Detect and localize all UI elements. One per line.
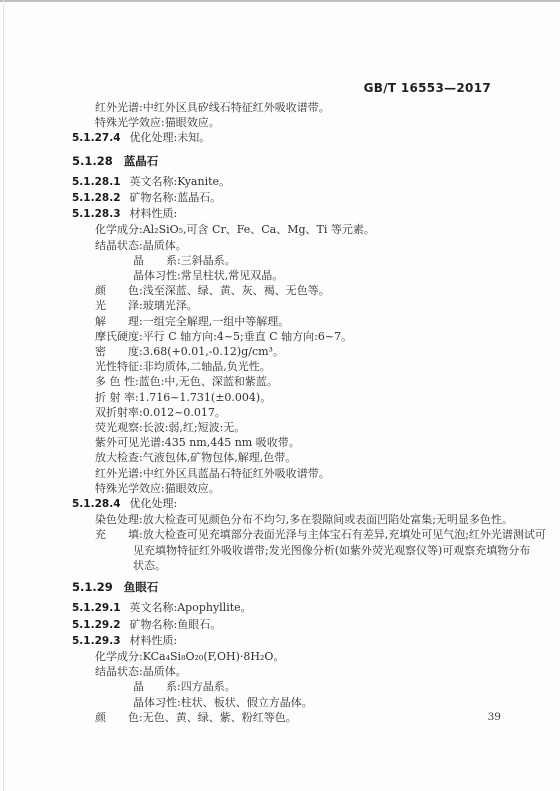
clause-text: 鱼眼石: [124, 580, 159, 594]
document-line: 光 泽:玻璃光泽。: [72, 298, 504, 313]
clause-text: 红外光谱:中红外区具蓝晶石特征红外吸收谱带。: [95, 467, 330, 480]
document-line: 见充填物特征红外吸收谱带;发光图像分析(如紫外荧光观察仪等)可观察充填物分布: [72, 543, 504, 558]
clause-text: 状态。: [133, 559, 166, 572]
document-line: 状态。: [72, 558, 504, 573]
clause-text: 化学成分:Al₂SiO₅,可含 Cr、Fe、Ca、Mg、Ti 等元素。: [95, 223, 375, 236]
clause-text: 充 填:放大检查可见充填部分表面光泽与主体宝石有差异,充填处可见气泡;红外光谱测…: [95, 528, 546, 541]
clause-text: 摩氏硬度:平行 C 轴方向:4~5;垂直 C 轴方向:6~7。: [95, 330, 352, 343]
clause-text: 矿物名称:蓝晶石。: [130, 191, 222, 204]
document-line: 5.1.28.3材料性质:: [72, 206, 504, 222]
document-line: 双折射率:0.012~0.017。: [72, 405, 504, 420]
document-line: 颜 色:浅至深蓝、绿、黄、灰、褐、无色等。: [72, 283, 504, 298]
clause-heading: 5.1.29鱼眼石: [72, 580, 504, 595]
document-line: 化学成分:Al₂SiO₅,可含 Cr、Fe、Ca、Mg、Ti 等元素。: [72, 222, 504, 237]
clause-text: 蓝晶石: [124, 154, 159, 168]
clause-heading: 5.1.28蓝晶石: [72, 154, 504, 169]
document-line: 晶体习性:柱状、板状、假立方晶体。: [72, 695, 504, 710]
clause-number: 5.1.28.4: [72, 498, 121, 510]
clause-text: 荧光观察:长波:弱,红;短波:无。: [95, 421, 245, 434]
document-line: 晶体习性:常呈柱状,常见双晶。: [72, 268, 504, 283]
clause-text: 英文名称:Apophyllite。: [130, 601, 252, 614]
clause-text: 光性特征:非均质体,二轴晶,负光性。: [95, 360, 271, 373]
document-line: 化学成分:KCa₄Si₈O₂₀(F,OH)·8H₂O。: [72, 649, 504, 664]
document-line: 颜 色:无色、黄、绿、紫、粉红等色。: [72, 710, 504, 725]
clause-number: 5.1.28.2: [72, 192, 121, 204]
clause-text: 光 泽:玻璃光泽。: [95, 299, 198, 312]
clause-text: 特殊光学效应:猫眼效应。: [95, 482, 220, 495]
document-line: 摩氏硬度:平行 C 轴方向:4~5;垂直 C 轴方向:6~7。: [72, 329, 504, 344]
clause-text: 红外光谱:中红外区具矽线石特征红外吸收谱带。: [95, 101, 330, 114]
document-line: 光性特征:非均质体,二轴晶,负光性。: [72, 359, 504, 374]
clause-text: 结晶状态:晶质体。: [95, 239, 187, 252]
clause-text: 紫外可见光谱:435 nm,445 nm 吸收带。: [95, 436, 300, 449]
clause-number: 5.1.29: [72, 580, 113, 594]
clause-text: 晶体习性:柱状、板状、假立方晶体。: [133, 696, 313, 709]
document-line: 多 色 性:蓝色:中,无色、深蓝和紫蓝。: [72, 374, 504, 389]
clause-text: 特殊光学效应:猫眼效应。: [95, 116, 220, 129]
clause-number: 5.1.28: [72, 154, 113, 168]
clause-number: 5.1.27.4: [72, 132, 121, 144]
document-line: 紫外可见光谱:435 nm,445 nm 吸收带。: [72, 435, 504, 450]
clause-number: 5.1.29.1: [72, 602, 121, 614]
clause-text: 材料性质:: [130, 634, 178, 647]
clause-number: 5.1.29.2: [72, 619, 121, 631]
clause-number: 5.1.29.3: [72, 635, 121, 647]
document-line: 染色处理:放大检查可见颜色分布不均匀,多在裂隙间或表面凹陷处富集;无明显多色性。: [72, 512, 504, 527]
document-line: 解 理:一组完全解理,一组中等解理。: [72, 314, 504, 329]
clause-text: 密 度:3.68(+0.01,-0.12)g/cm³。: [95, 345, 284, 358]
clause-text: 多 色 性:蓝色:中,无色、深蓝和紫蓝。: [95, 375, 278, 388]
document-line: 荧光观察:长波:弱,红;短波:无。: [72, 420, 504, 435]
scan-edge-top: [0, 0, 560, 2]
clause-text: 化学成分:KCa₄Si₈O₂₀(F,OH)·8H₂O。: [95, 650, 284, 663]
clause-text: 优化处理:: [130, 497, 178, 510]
document-line: 结晶状态:晶质体。: [72, 238, 504, 253]
clause-text: 解 理:一组完全解理,一组中等解理。: [95, 315, 289, 328]
document-line: 红外光谱:中红外区具矽线石特征红外吸收谱带。: [72, 100, 504, 115]
clause-text: 染色处理:放大检查可见颜色分布不均匀,多在裂隙间或表面凹陷处富集;无明显多色性。: [95, 513, 513, 526]
clause-text: 双折射率:0.012~0.017。: [95, 406, 226, 419]
document-line: 密 度:3.68(+0.01,-0.12)g/cm³。: [72, 344, 504, 359]
document-line: 5.1.29.1英文名称:Apophyllite。: [72, 600, 504, 616]
clause-text: 结晶状态:晶质体。: [95, 665, 187, 678]
clause-text: 晶 系:四方晶系。: [133, 680, 236, 693]
document-page: GB/T 16553—2017 红外光谱:中红外区具矽线石特征红外吸收谱带。特殊…: [0, 0, 560, 791]
document-line: 5.1.28.1英文名称:Kyanite。: [72, 174, 504, 190]
clause-text: 颜 色:浅至深蓝、绿、黄、灰、褐、无色等。: [95, 284, 330, 297]
document-line: 红外光谱:中红外区具蓝晶石特征红外吸收谱带。: [72, 466, 504, 481]
document-line: 5.1.29.2矿物名称:鱼眼石。: [72, 617, 504, 633]
document-line: 特殊光学效应:猫眼效应。: [72, 115, 504, 130]
clause-text: 材料性质:: [130, 207, 178, 220]
page-number: 39: [488, 711, 501, 723]
document-line: 晶 系:三斜晶系。: [72, 253, 504, 268]
document-line: 结晶状态:晶质体。: [72, 664, 504, 679]
document-line: 5.1.28.2矿物名称:蓝晶石。: [72, 190, 504, 206]
document-line: 5.1.27.4优化处理:未知。: [72, 130, 504, 146]
clause-text: 晶体习性:常呈柱状,常见双晶。: [133, 269, 283, 282]
document-body: 红外光谱:中红外区具矽线石特征红外吸收谱带。特殊光学效应:猫眼效应。5.1.27…: [72, 100, 504, 725]
document-line: 放大检查:气液包体,矿物包体,解理,色带。: [72, 450, 504, 465]
clause-text: 折 射 率:1.716~1.731(±0.004)。: [95, 391, 271, 404]
clause-text: 英文名称:Kyanite。: [130, 175, 231, 188]
document-line: 5.1.28.4优化处理:: [72, 496, 504, 512]
scan-edge-left: [3, 0, 4, 791]
clause-number: 5.1.28.1: [72, 176, 121, 188]
clause-text: 见充填物特征红外吸收谱带;发光图像分析(如紫外荧光观察仪等)可观察充填物分布: [133, 544, 530, 557]
clause-text: 放大检查:气液包体,矿物包体,解理,色带。: [95, 451, 296, 464]
clause-text: 晶 系:三斜晶系。: [133, 254, 236, 267]
document-line: 特殊光学效应:猫眼效应。: [72, 481, 504, 496]
clause-text: 矿物名称:鱼眼石。: [130, 618, 222, 631]
clause-number: 5.1.28.3: [72, 208, 121, 220]
document-line: 晶 系:四方晶系。: [72, 679, 504, 694]
document-line: 充 填:放大检查可见充填部分表面光泽与主体宝石有差异,充填处可见气泡;红外光谱测…: [72, 527, 504, 542]
clause-text: 优化处理:未知。: [130, 131, 211, 144]
document-line: 5.1.29.3材料性质:: [72, 633, 504, 649]
standard-number-header: GB/T 16553—2017: [364, 81, 491, 95]
document-line: 折 射 率:1.716~1.731(±0.004)。: [72, 390, 504, 405]
clause-text: 颜 色:无色、黄、绿、紫、粉红等色。: [95, 711, 297, 724]
